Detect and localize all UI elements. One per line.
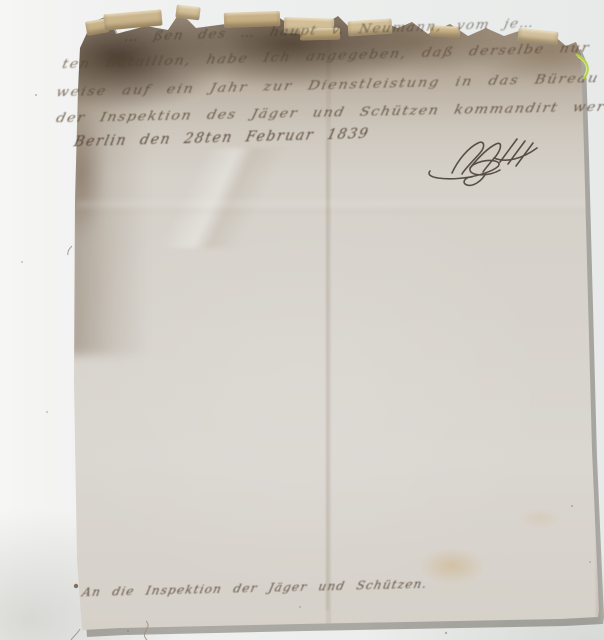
fold-crease-vertical xyxy=(326,140,329,610)
torn-edge-fragment xyxy=(103,10,162,31)
fold-crease-horizontal xyxy=(76,198,596,214)
paper-spot xyxy=(74,584,78,588)
photo-of-document: … ßen des … haupt v. Neumann, vom je… te… xyxy=(0,0,604,640)
torn-edge-fragment xyxy=(175,5,200,21)
